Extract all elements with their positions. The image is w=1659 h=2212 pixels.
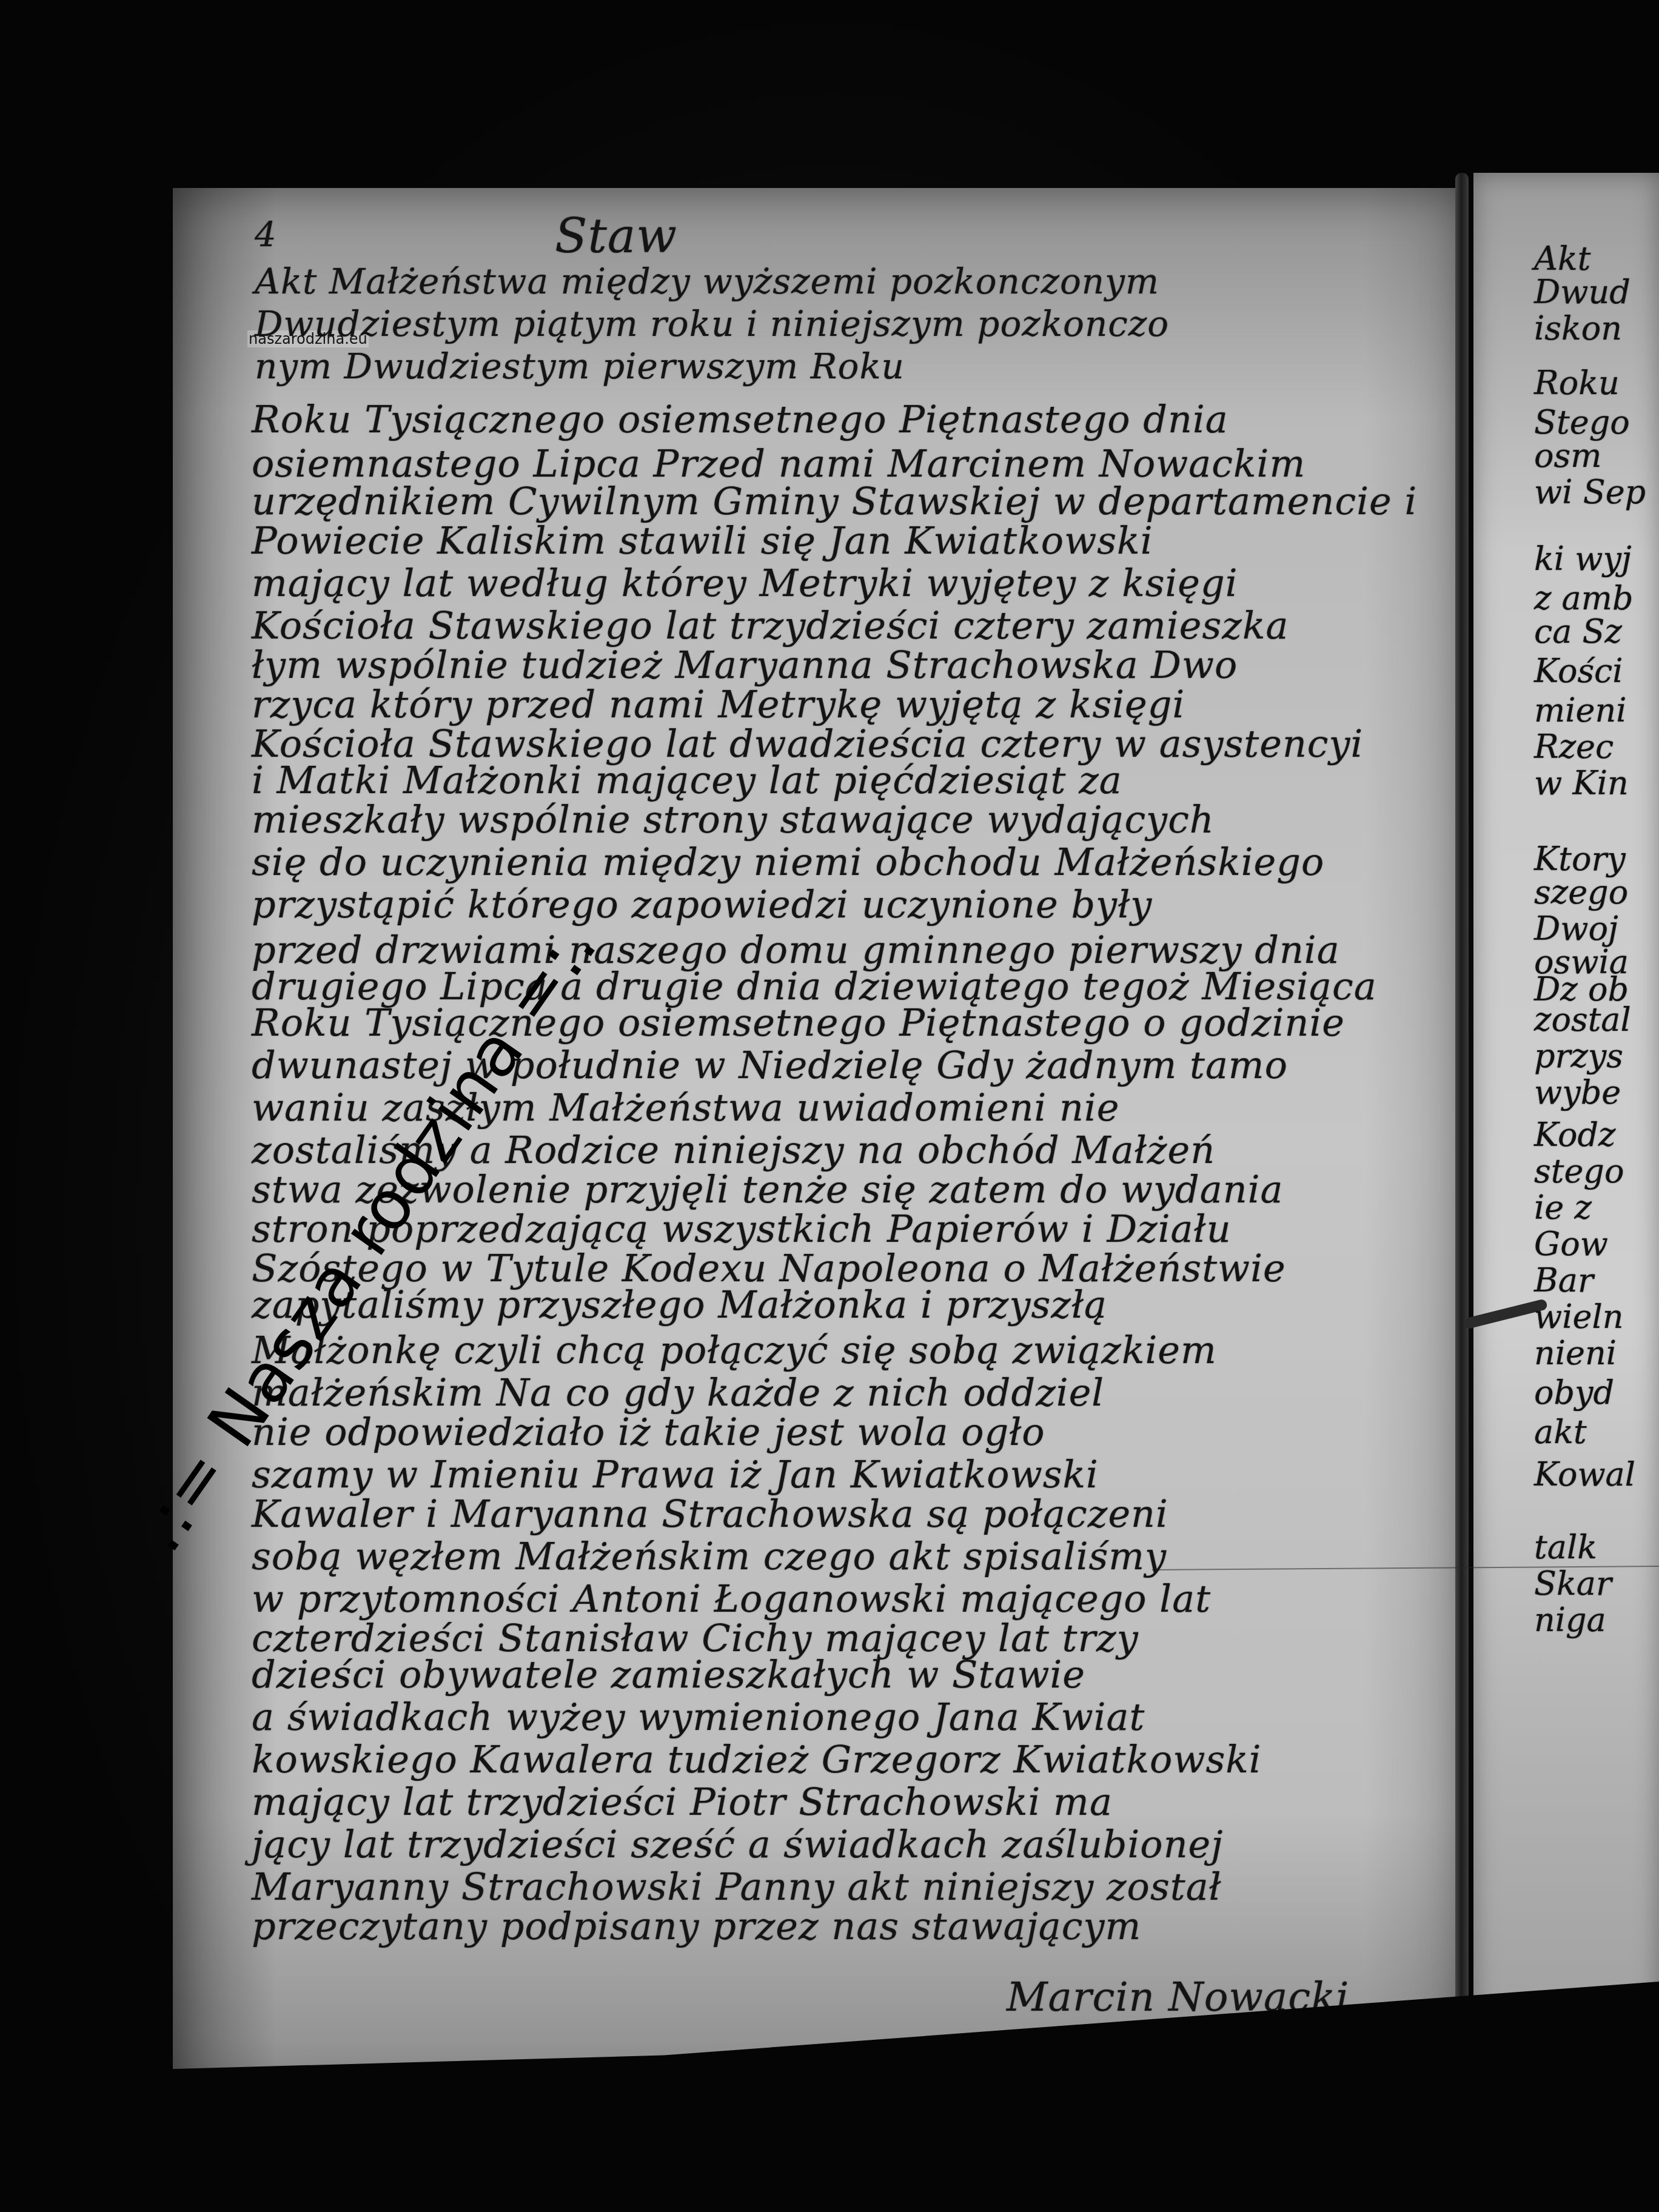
right-fragment: zostal: [1534, 1000, 1631, 1039]
right-fragment: Dwud: [1534, 273, 1631, 311]
right-fragment: Skar: [1534, 1564, 1612, 1603]
body-line: Maryanny Strachowski Panny akt niniejszy…: [252, 1865, 1222, 1909]
body-line: sobą węzłem Małżeńskim czego akt spisali…: [252, 1534, 1167, 1578]
body-line: Powiecie Kaliskim stawili się Jan Kwiatk…: [252, 518, 1153, 563]
body-line: rzyca który przed nami Metrykę wyjętą z …: [252, 682, 1185, 726]
body-line: Roku Tysiącznego osiemsetnego Piętnasteg…: [252, 397, 1228, 441]
right-fragment: Dwoj: [1534, 910, 1618, 948]
right-fragment: wi Sep: [1534, 473, 1646, 511]
body-line: nie odpowiedziało iż takie jest wola ogł…: [252, 1410, 1045, 1454]
right-fragment: wybe: [1534, 1073, 1621, 1111]
heading-line: Akt Małżeństwa między wyższemi pozkonczo…: [255, 261, 1159, 302]
body-line: dzieści obywatele zamieszkałych w Stawie: [252, 1652, 1085, 1697]
right-fragment: ki wyj: [1534, 540, 1632, 578]
right-fragment: Akt: [1534, 240, 1590, 278]
body-line: Małżonkę czyli chcą połączyć się sobą zw…: [252, 1328, 1217, 1372]
page-gutter: [1455, 173, 1469, 2095]
right-fragment: Gow: [1534, 1225, 1608, 1263]
right-fragment: Rzec: [1534, 728, 1614, 766]
body-line: a świadkach wyżey wymienionego Jana Kwia…: [252, 1695, 1145, 1739]
body-line: jący lat trzydzieści sześć a świadkach z…: [252, 1822, 1224, 1866]
body-line: waniu zaszłym Małżeństwa uwiadomieni nie: [252, 1085, 1120, 1130]
page-number: 4: [255, 215, 277, 255]
right-fragment: Ktory: [1534, 840, 1626, 878]
body-line: dwunastej w południe w Niedzielę Gdy żad…: [252, 1043, 1288, 1087]
right-fragment: Kości: [1534, 652, 1623, 690]
right-fragment: stego: [1534, 1152, 1624, 1190]
heading-line: Dwudziestym piątym roku i niniejszym poz…: [255, 303, 1169, 344]
place-title: Staw: [555, 209, 677, 264]
body-line: Kawaler i Maryanna Strachowska są połącz…: [252, 1492, 1168, 1536]
right-fragment: w Kin: [1534, 764, 1629, 802]
body-line: urzędnikiem Cywilnym Gminy Stawskiej w d…: [252, 479, 1417, 523]
body-line: szamy w Imieniu Prawa iż Jan Kwiatkowski: [252, 1452, 1099, 1496]
body-line: i Matki Małżonki mającey lat pięćdziesią…: [252, 758, 1122, 802]
right-fragment: mieni: [1534, 691, 1626, 729]
right-fragment: Roku: [1534, 364, 1620, 402]
body-line: przeczytany podpisany przez nas stawając…: [252, 1904, 1141, 1948]
body-line: kowskiego Kawalera tudzież Grzegorz Kwia…: [252, 1737, 1262, 1781]
body-line: przystąpić którego zapowiedzi uczynione …: [252, 882, 1152, 927]
right-fragment: talk: [1534, 1528, 1597, 1566]
heading-line: nym Dwudziestym pierwszym Roku: [255, 346, 905, 387]
body-line: mający lat trzydzieści Piotr Strachowski…: [252, 1780, 1113, 1824]
body-line: Roku Tysiącznego osiemsetnego Piętnasteg…: [252, 1000, 1345, 1045]
body-line: Kościoła Stawskiego lat trzydzieści czte…: [252, 603, 1289, 648]
right-fragment: wieln: [1534, 1298, 1624, 1336]
right-fragment: akt: [1534, 1413, 1587, 1451]
right-fragment: nieni: [1534, 1334, 1617, 1372]
right-fragment: z amb: [1534, 579, 1634, 617]
right-fragment: Stego: [1534, 403, 1630, 441]
right-fragment: Bar: [1534, 1261, 1594, 1299]
right-fragment: szego: [1534, 873, 1628, 911]
body-line: mający lat według którey Metryki wyjętey…: [252, 561, 1238, 605]
body-line: się do uczynienia między niemi obchodu M…: [252, 840, 1324, 884]
right-fragment: przys: [1534, 1037, 1623, 1075]
right-fragment: obyd: [1534, 1373, 1614, 1412]
body-line: małżeńskim Na co gdy każde z nich oddzie…: [252, 1370, 1104, 1415]
right-fragment: iskon: [1534, 309, 1622, 347]
right-fragment: ie z: [1534, 1188, 1592, 1227]
body-line: łym wspólnie tudzież Maryanna Strachowsk…: [252, 643, 1238, 687]
body-line: mieszkały wspólnie strony stawające wyda…: [252, 797, 1215, 842]
right-fragment: Kodz: [1534, 1116, 1615, 1154]
body-line: zapytaliśmy przyszłego Małżonka i przysz…: [252, 1282, 1107, 1327]
right-fragment: ca Sz: [1534, 612, 1622, 651]
body-line: w przytomności Antoni Łoganowski mająceg…: [252, 1577, 1211, 1621]
right-fragment: osm: [1534, 437, 1601, 475]
right-fragment: Kowal: [1534, 1455, 1635, 1493]
right-fragment: niga: [1534, 1601, 1606, 1639]
